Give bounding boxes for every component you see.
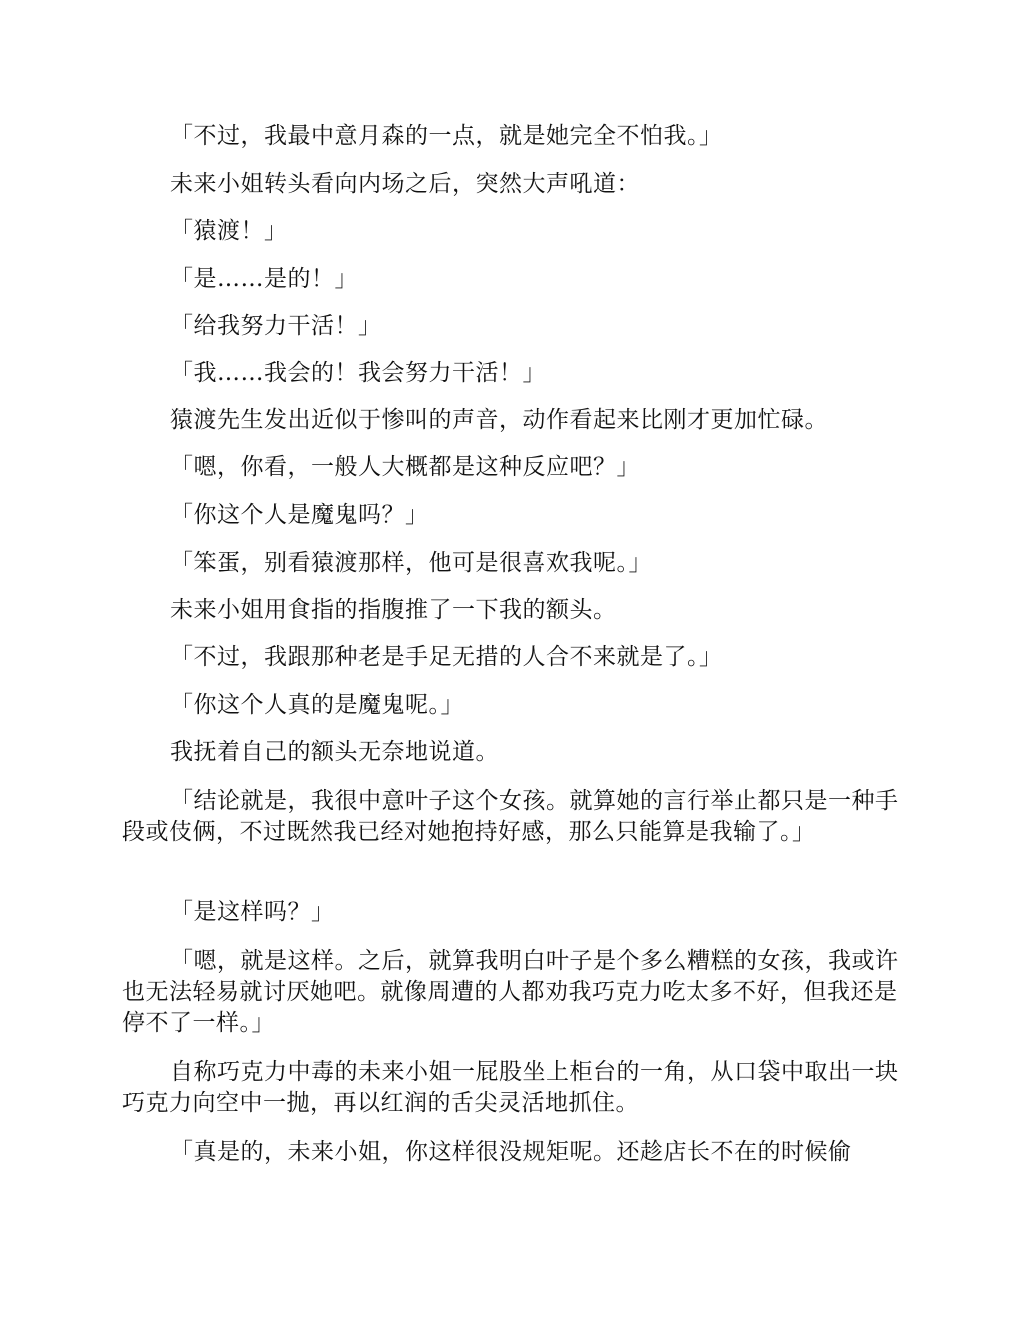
text-line: 「我……我会的！我会努力干活！」 [170,358,546,389]
text-line: 「你这个人是魔鬼吗？」 [170,500,429,531]
text-line: 猿渡先生发出近似于惨叫的声音，动作看起来比刚才更加忙碌。 [170,405,828,436]
text-line: 未来小姐用食指的指腹推了一下我的额头。 [170,595,617,626]
text-line: 「你这个人真的是魔鬼呢。」 [170,690,464,721]
paragraph: 「嗯，就是这样。之后，就算我明白叶子是个多么糟糕的女孩，我或许也无法轻易就讨厌她… [122,946,902,1039]
text-line: 我抚着自己的额头无奈地说道。 [170,737,499,768]
paragraph: 自称巧克力中毒的未来小姐一屁股坐上柜台的一角，从口袋中取出一块巧克力向空中一抛，… [122,1057,902,1119]
text-line: 「嗯，你看，一般人大概都是这种反应吧？」 [170,452,640,483]
text-line: 「是……是的！」 [170,264,358,295]
text-line: 「笨蛋，别看猿渡那样，他可是很喜欢我呢。」 [170,548,652,579]
text-line: 「给我努力干活！」 [170,311,382,342]
paragraph: 「是这样吗？」 [122,897,902,928]
text-line: 未来小姐转头看向内场之后，突然大声吼道： [170,169,640,200]
text-line: 「猿渡！」 [170,216,288,247]
paragraph: 「真是的，未来小姐，你这样很没规矩呢。还趁店长不在的时候偷 [122,1137,902,1168]
paragraph: 「结论就是，我很中意叶子这个女孩。就算她的言行举止都只是一种手段或伎俩，不过既然… [122,786,902,848]
text-line: 「不过，我跟那种老是手足无措的人合不来就是了。」 [170,642,723,673]
text-line: 「不过，我最中意月森的一点，就是她完全不怕我。」 [170,121,723,152]
document-page: 「不过，我最中意月森的一点，就是她完全不怕我。」 未来小姐转头看向内场之后，突然… [0,0,1020,1320]
